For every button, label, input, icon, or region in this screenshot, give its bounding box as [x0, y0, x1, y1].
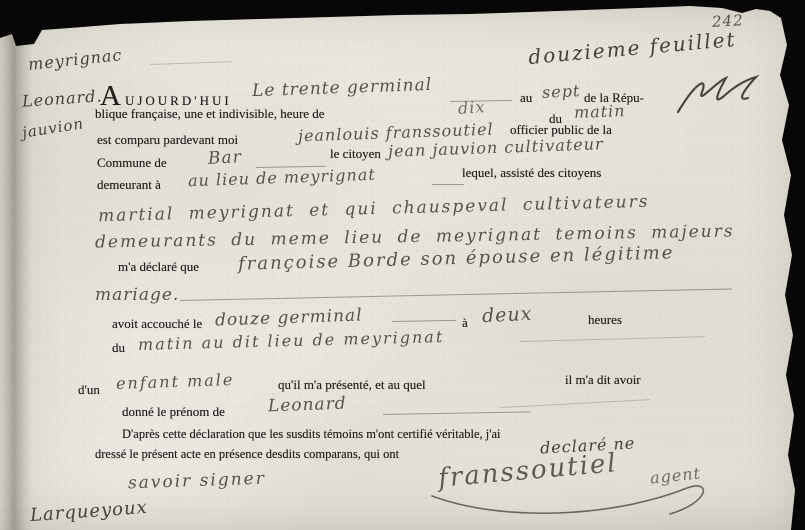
paper-sheet: 242 douzieme feuillet meyrignac Leonard.… — [0, 0, 805, 530]
scanned-register-page: 242 douzieme feuillet meyrignac Leonard.… — [0, 0, 805, 530]
scan-vignette — [0, 0, 805, 530]
